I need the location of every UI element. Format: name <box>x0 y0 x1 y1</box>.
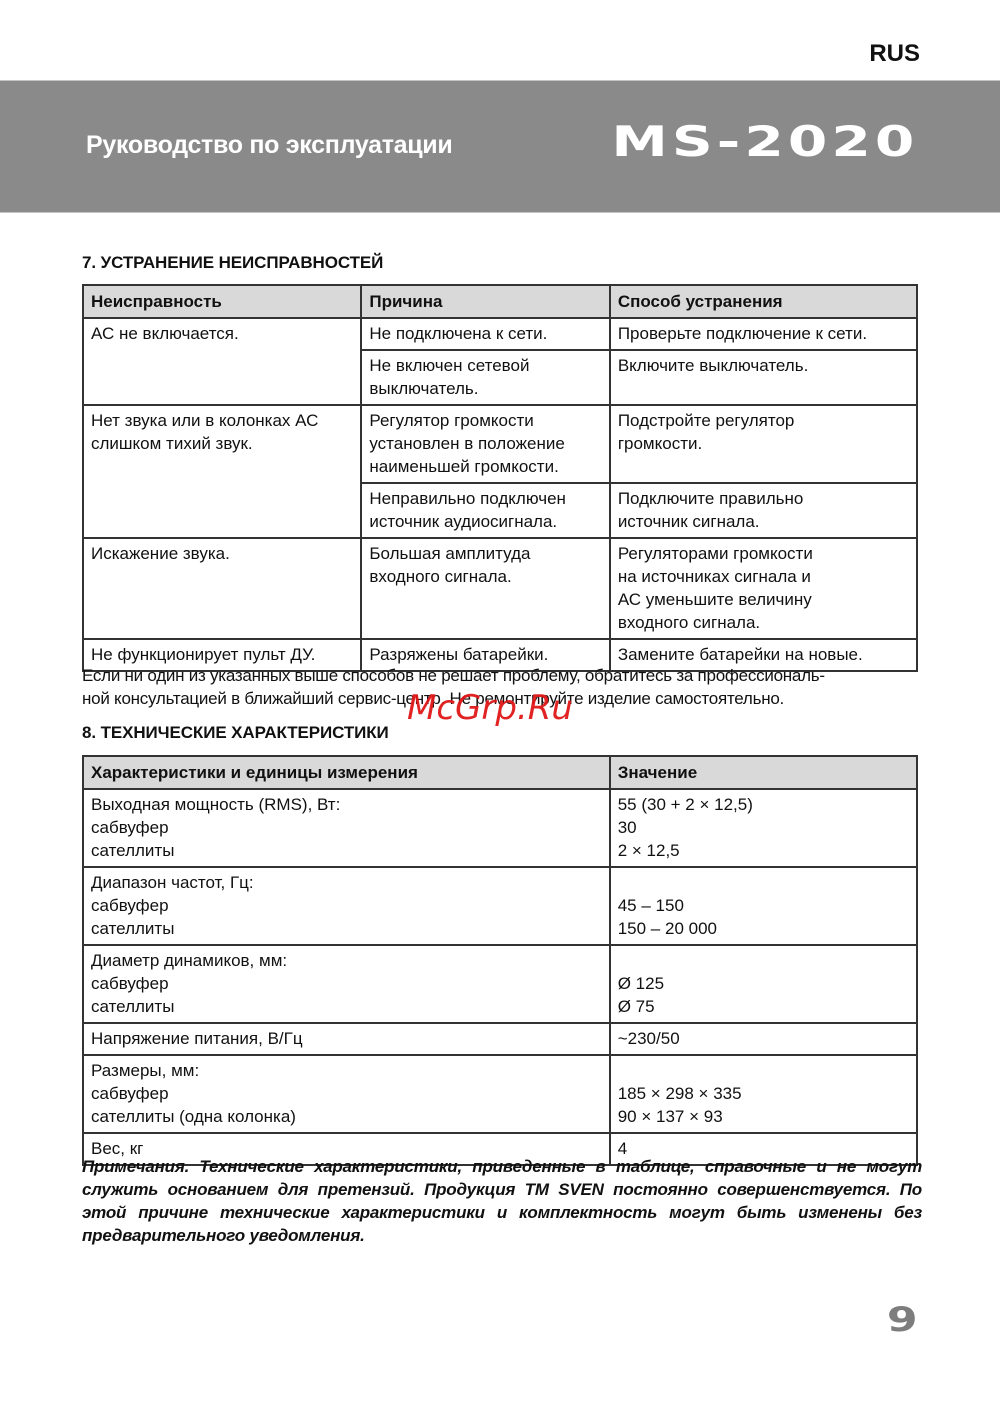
cause-line: входного сигнала. <box>369 565 601 588</box>
cause-cell: Большая амплитуда входного сигнала. <box>361 538 609 639</box>
characteristic-cell: Напряжение питания, В/Гц <box>83 1023 610 1055</box>
cause-cell: Неправильно подключен источник аудиосигн… <box>361 483 609 538</box>
cause-cell: Регулятор громкости установлен в положен… <box>361 405 609 483</box>
value-cell: Ø 125Ø 75 <box>610 945 917 1023</box>
value-cell: 45 – 150150 – 20 000 <box>610 867 917 945</box>
value-line <box>618 949 909 972</box>
value-cell: 185 × 298 × 33590 × 137 × 93 <box>610 1055 917 1133</box>
table-row: Размеры, мм:сабвуферсателлиты (одна коло… <box>83 1055 917 1133</box>
problem-cell: Искажение звука. <box>83 538 361 639</box>
value-line <box>618 871 909 894</box>
footnote-line: Если ни один из указанных выше способов … <box>82 664 922 687</box>
troubleshooting-title: 7. УСТРАНЕНИЕ НЕИСПРАВНОСТЕЙ <box>82 253 383 273</box>
cause-line: Большая амплитуда <box>369 542 601 565</box>
table-row: Искажение звука. Большая амплитуда входн… <box>83 538 917 639</box>
value-line <box>618 1059 909 1082</box>
cause-cell: Не включен сетевой выключатель. <box>361 350 609 405</box>
cause-line: источник аудиосигнала. <box>369 510 601 533</box>
value-line: 45 – 150 <box>618 894 909 917</box>
problem-cell: АС не включается. <box>83 318 361 405</box>
table-row: Диапазон частот, Гц:сабвуферсателлиты 45… <box>83 867 917 945</box>
header-banner: Руководство по эксплуатации MS-2020 <box>0 80 1000 213</box>
solution-line: входного сигнала. <box>618 611 909 634</box>
problem-line: Нет звука или в колонках АС <box>91 409 353 432</box>
solution-line: источник сигнала. <box>618 510 909 533</box>
solution-line: Подстройте регулятор <box>618 409 909 432</box>
characteristic-cell: Выходная мощность (RMS), Вт:сабвуферсате… <box>83 789 610 867</box>
value-line: ~230/50 <box>618 1027 909 1050</box>
solution-line: Регуляторами громкости <box>618 542 909 565</box>
table-header-row: Характеристики и единицы измерения Значе… <box>83 756 917 789</box>
solution-cell: Подстройте регулятор громкости. <box>610 405 917 483</box>
characteristic-line: сателлиты <box>91 839 602 862</box>
characteristic-line: Диапазон частот, Гц: <box>91 871 602 894</box>
table-header-row: Неисправность Причина Способ устранения <box>83 285 917 318</box>
characteristic-line: сабвуфер <box>91 972 602 995</box>
solution-line: АС уменьшите величину <box>618 588 909 611</box>
characteristic-line: сателлиты <box>91 917 602 940</box>
table-row: Напряжение питания, В/Гц~230/50 <box>83 1023 917 1055</box>
cause-line: Регулятор громкости <box>369 409 601 432</box>
characteristic-line: сабвуфер <box>91 894 602 917</box>
column-header-solution: Способ устранения <box>610 285 917 318</box>
page-number: 9 <box>887 1300 918 1340</box>
cause-line: установлен в положение <box>369 432 601 455</box>
table-row: Диаметр динамиков, мм:сабвуферсателлиты … <box>83 945 917 1023</box>
manual-title: Руководство по эксплуатации <box>86 131 452 160</box>
characteristic-line: сабвуфер <box>91 816 602 839</box>
characteristic-cell: Диапазон частот, Гц:сабвуферсателлиты <box>83 867 610 945</box>
troubleshooting-table: Неисправность Причина Способ устранения … <box>82 284 918 672</box>
solution-line: Подключите правильно <box>618 487 909 510</box>
characteristic-line: Напряжение питания, В/Гц <box>91 1027 602 1050</box>
column-header-cause: Причина <box>361 285 609 318</box>
characteristic-cell: Диаметр динамиков, мм:сабвуферсателлиты <box>83 945 610 1023</box>
characteristic-line: сателлиты (одна колонка) <box>91 1105 602 1128</box>
specs-table: Характеристики и единицы измерения Значе… <box>82 755 918 1166</box>
solution-cell: Включите выключатель. <box>610 350 917 405</box>
value-line: Ø 125 <box>618 972 909 995</box>
cause-line: наименьшей громкости. <box>369 455 601 478</box>
problem-line: слишком тихий звук. <box>91 432 353 455</box>
value-line: 30 <box>618 816 909 839</box>
problem-cell: Нет звука или в колонках АС слишком тихи… <box>83 405 361 538</box>
solution-cell: Подключите правильно источник сигнала. <box>610 483 917 538</box>
solution-line: громкости. <box>618 432 909 455</box>
characteristic-line: Выходная мощность (RMS), Вт: <box>91 793 602 816</box>
characteristic-line: сателлиты <box>91 995 602 1018</box>
value-line: 150 – 20 000 <box>618 917 909 940</box>
watermark: McGrp.Ru <box>407 688 573 728</box>
solution-cell: Проверьте подключение к сети. <box>610 318 917 350</box>
characteristic-line: Размеры, мм: <box>91 1059 602 1082</box>
model-name: MS-2020 <box>611 117 918 166</box>
language-label: RUS <box>869 40 920 68</box>
value-line: 55 (30 + 2 × 12,5) <box>618 793 909 816</box>
value-line: 2 × 12,5 <box>618 839 909 862</box>
value-line: 90 × 137 × 93 <box>618 1105 909 1128</box>
table-row: Выходная мощность (RMS), Вт:сабвуферсате… <box>83 789 917 867</box>
characteristic-cell: Размеры, мм:сабвуферсателлиты (одна коло… <box>83 1055 610 1133</box>
solution-line: на источниках сигнала и <box>618 565 909 588</box>
value-line: 185 × 298 × 335 <box>618 1082 909 1105</box>
notes-paragraph: Примечания. Технические характеристики, … <box>82 1155 922 1247</box>
cause-cell: Не подключена к сети. <box>361 318 609 350</box>
table-row: АС не включается. Не подключена к сети. … <box>83 318 917 350</box>
table-row: Нет звука или в колонках АС слишком тихи… <box>83 405 917 483</box>
cause-line: Не включен сетевой <box>369 354 601 377</box>
characteristic-line: сабвуфер <box>91 1082 602 1105</box>
cause-line: выключатель. <box>369 377 601 400</box>
column-header-characteristic: Характеристики и единицы измерения <box>83 756 610 789</box>
specs-title: 8. ТЕХНИЧЕСКИЕ ХАРАКТЕРИСТИКИ <box>82 723 389 743</box>
solution-cell: Регуляторами громкости на источниках сиг… <box>610 538 917 639</box>
cause-line: Неправильно подключен <box>369 487 601 510</box>
characteristic-line: Диаметр динамиков, мм: <box>91 949 602 972</box>
value-cell: 55 (30 + 2 × 12,5)302 × 12,5 <box>610 789 917 867</box>
value-line: Ø 75 <box>618 995 909 1018</box>
column-header-problem: Неисправность <box>83 285 361 318</box>
value-cell: ~230/50 <box>610 1023 917 1055</box>
column-header-value: Значение <box>610 756 917 789</box>
